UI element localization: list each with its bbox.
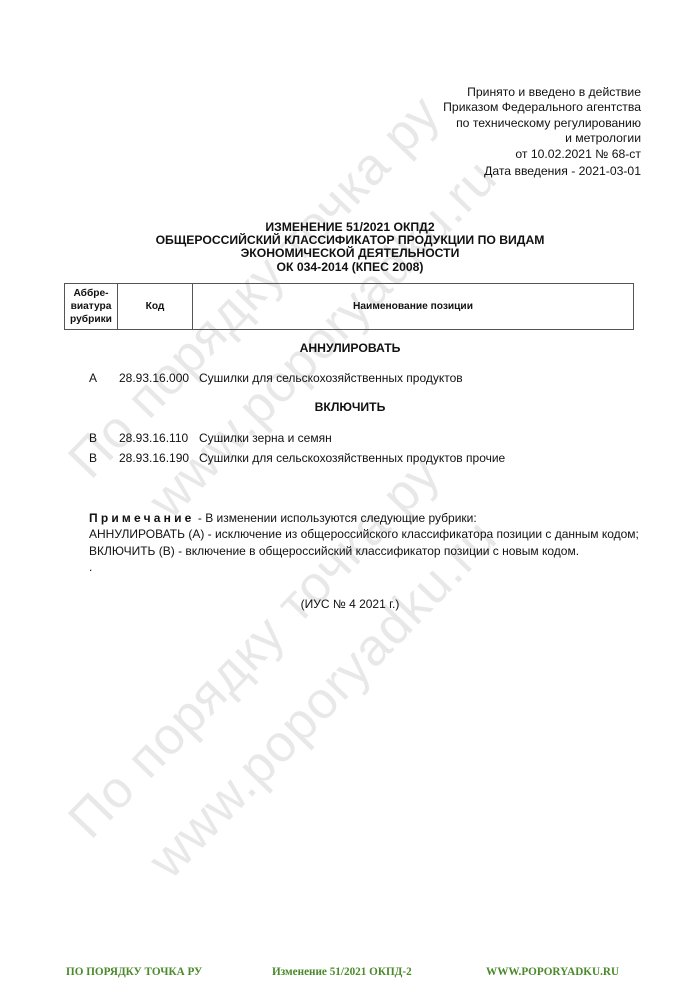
entry-abbr: В [89,431,119,445]
entry-name: Сушилки для сельскохозяйственных продукт… [199,371,463,385]
entry-abbr: А [89,371,119,385]
introduction-date: Дата введения - 2021-03-01 [484,164,641,178]
title-line: ЭКОНОМИЧЕСКОЙ ДЕЯТЕЛЬНОСТИ [0,247,700,260]
approval-line: Принято и введено в действие [443,85,641,100]
header-line: рубрики [65,313,117,326]
document-title: ИЗМЕНЕНИЕ 51/2021 ОКПД2 ОБЩЕРОССИЙСКИЙ К… [0,221,700,274]
entry-row: В28.93.16.110Сушилки зерна и семян [89,431,332,445]
section-heading-include: ВКЛЮЧИТЬ [0,400,700,414]
header-line: виатура [65,300,117,313]
approval-line: и метрологии [443,131,641,146]
note-line: . [89,559,639,575]
ius-reference: (ИУС № 4 2021 г.) [0,597,700,611]
entry-code: 28.93.16.000 [119,371,199,385]
approval-line: Приказом Федерального агентства [443,100,641,115]
column-header-code: Код [118,284,193,330]
entry-code: 28.93.16.190 [119,451,199,465]
entry-code: 28.93.16.110 [119,431,199,445]
column-header-name: Наименование позиции [193,284,634,330]
note-block: Примечание - В изменении используются сл… [89,510,639,576]
footer-center: Изменение 51/2021 ОКПД-2 [272,966,412,978]
entry-abbr: В [89,451,119,465]
column-header-abbreviation: Аббре- виатура рубрики [65,284,118,330]
footer-right-link[interactable]: WWW.POPORYADKU.RU [486,966,619,978]
title-line: ОК 034-2014 (КПЕС 2008) [0,261,700,274]
entry-name: Сушилки зерна и семян [199,431,332,445]
note-label: Примечание [89,511,195,525]
note-line: ВКЛЮЧИТЬ (В) - включение в общероссийски… [89,543,639,559]
section-heading-annul: АННУЛИРОВАТЬ [0,341,700,355]
approval-line: по техническому регулированию [443,116,641,131]
entry-name: Сушилки для сельскохозяйственных продукт… [199,451,505,465]
approval-line: от 10.02.2021 № 68-ст [443,147,641,162]
note-intro: - В изменении используются следующие руб… [195,511,477,525]
watermark-text: По порядку точка ру [57,444,452,850]
header-table: Аббре- виатура рубрики Код Наименование … [64,283,634,330]
note-line: АННУЛИРОВАТЬ (А) - исключение из общерос… [89,526,639,542]
footer-left: ПО ПОРЯДКУ ТОЧКА РУ [66,966,202,978]
entry-row: А28.93.16.000Сушилки для сельскохозяйств… [89,371,463,385]
entry-row: В28.93.16.190Сушилки для сельскохозяйств… [89,451,505,465]
header-line: Аббре- [65,287,117,300]
approval-block: Принято и введено в действие Приказом Фе… [443,85,641,162]
watermark-url: www.poporyadku.ru [137,148,509,530]
